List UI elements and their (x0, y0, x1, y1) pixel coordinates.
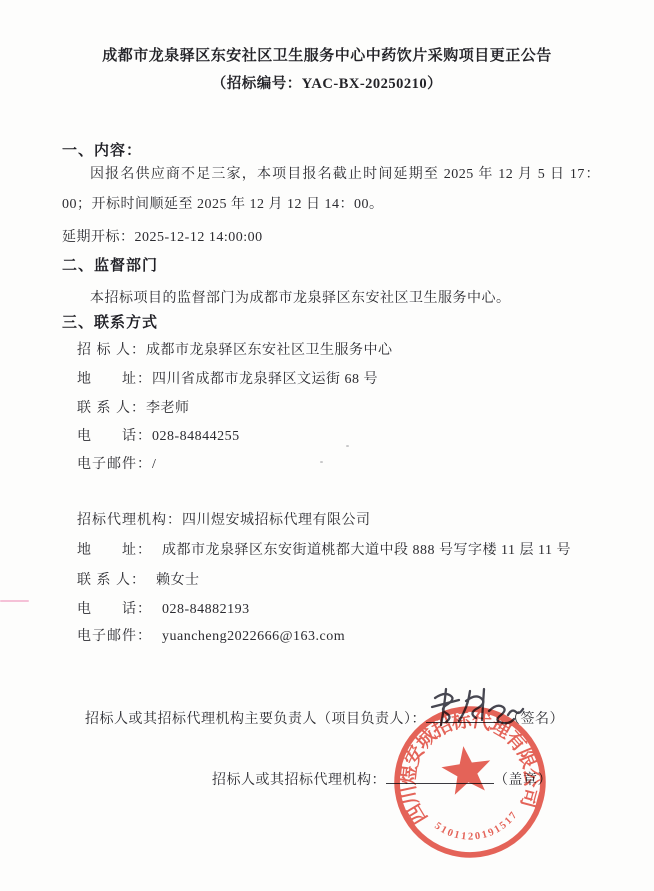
svg-text:9: 9 (487, 827, 496, 839)
svg-text:安: 安 (400, 741, 429, 769)
svg-text:有: 有 (501, 726, 531, 756)
content-paragraph: 因报名供应商不足三家，本项目报名截止时间延期至 2025 年 12 月 5 日 … (62, 160, 600, 220)
field-value: 028-84844255 (152, 429, 240, 444)
scan-speck (346, 445, 349, 447)
tenderer-row-address: 地 址：四川省成都市龙泉驿区文运街 68 号 (77, 368, 378, 388)
field-value: 028-84882193 (162, 602, 250, 617)
tenderer-row-name: 招 标 人：成都市龙泉驿区东安社区卫生服务中心 (77, 339, 393, 359)
svg-text:5: 5 (498, 820, 509, 832)
signature-line-responsible-person: 招标人或其招标代理机构主要负责人（项目负责人）：（签名） (85, 708, 564, 728)
signature-line2-suffix: （盖章） (494, 773, 552, 788)
agency-row-email: 电子邮件：yuancheng2022666@163.com (77, 625, 345, 645)
field-value: 赖女士 (156, 573, 200, 588)
signature-line1-suffix: （签名） (506, 712, 564, 727)
field-label: 地 址： (77, 372, 152, 387)
agency-row-phone: 电 话：028-84882193 (77, 598, 250, 618)
field-label: 电子邮件： (77, 457, 152, 472)
stamp-underline (386, 770, 494, 784)
scanned-document-page: 成都市龙泉驿区东安社区卫生服务中心中药饮片采购项目更正公告 （招标编号：YAC-… (0, 0, 654, 891)
supervision-paragraph: 本招标项目的监督部门为成都市龙泉驿区东安社区卫生服务中心。 (62, 284, 614, 314)
section-heading-content: 一、内容： (62, 139, 142, 160)
field-label: 招标代理机构： (77, 513, 182, 528)
svg-text:四: 四 (403, 800, 432, 828)
svg-text:1: 1 (439, 824, 449, 836)
field-value: 成都市龙泉驿区东安社区卫生服务中心 (146, 343, 393, 358)
svg-text:1: 1 (503, 815, 514, 827)
field-label: 联 系 人： (77, 401, 146, 416)
tenderer-row-contact-person: 联 系 人：李老师 (77, 397, 190, 417)
section-heading-contact: 三、联系方式 (62, 311, 158, 332)
signature-line-agency-stamp: 招标人或其招标代理机构：（盖章） (212, 769, 552, 789)
delayed-opening-line: 延期开标：2025-12-12 14:00:00 (62, 226, 263, 246)
field-value: 四川省成都市龙泉驿区文运街 68 号 (152, 372, 378, 387)
field-label: 电 话： (77, 429, 152, 444)
agency-row-name: 招标代理机构：四川煜安城招标代理有限公司 (77, 509, 371, 529)
tenderer-row-email: 电子邮件：/ (77, 453, 156, 473)
field-label: 电 话： (77, 602, 152, 617)
svg-text:司: 司 (516, 786, 542, 810)
tenderer-row-phone: 电 话：028-84844255 (77, 425, 240, 445)
svg-text:1: 1 (460, 831, 467, 843)
field-value: 李老师 (146, 401, 190, 416)
bid-number-subtitle: （招标编号：YAC-BX-20250210） (0, 72, 654, 93)
field-label: 电子邮件： (77, 629, 152, 644)
field-value: yuancheng2022666@163.com (162, 629, 345, 644)
svg-text:1: 1 (481, 829, 489, 841)
svg-text:城: 城 (412, 724, 442, 754)
field-label: 地 址： (77, 543, 152, 558)
svg-text:1: 1 (453, 829, 461, 841)
scan-speck (320, 461, 323, 463)
document-title: 成都市龙泉驿区东安社区卫生服务中心中药饮片采购项目更正公告 (0, 44, 654, 65)
field-value: / (152, 457, 156, 472)
svg-text:2: 2 (468, 832, 473, 843)
agency-row-contact-person: 联 系 人：赖女士 (77, 569, 200, 589)
svg-text:5: 5 (432, 821, 443, 833)
svg-text:0: 0 (474, 831, 481, 843)
field-label: 招 标 人： (77, 343, 146, 358)
svg-text:1: 1 (493, 824, 503, 836)
svg-text:7: 7 (507, 810, 519, 821)
field-label: 联 系 人： (77, 573, 146, 588)
section-heading-supervision: 二、监督部门 (62, 254, 158, 275)
signature-underline (426, 709, 506, 723)
scan-artifact-line (0, 600, 29, 602)
field-value: 成都市龙泉驿区东安街道桃都大道中段 888 号写字楼 11 层 11 号 (162, 543, 571, 558)
agency-row-address: 地 址：成都市龙泉驿区东安街道桃都大道中段 888 号写字楼 11 层 11 号 (77, 539, 571, 559)
field-value: 四川煜安城招标代理有限公司 (182, 513, 371, 528)
signature-line1-label: 招标人或其招标代理机构主要负责人（项目负责人）： (85, 712, 426, 727)
signature-line2-label: 招标人或其招标代理机构： (212, 773, 386, 788)
svg-text:0: 0 (446, 827, 455, 839)
